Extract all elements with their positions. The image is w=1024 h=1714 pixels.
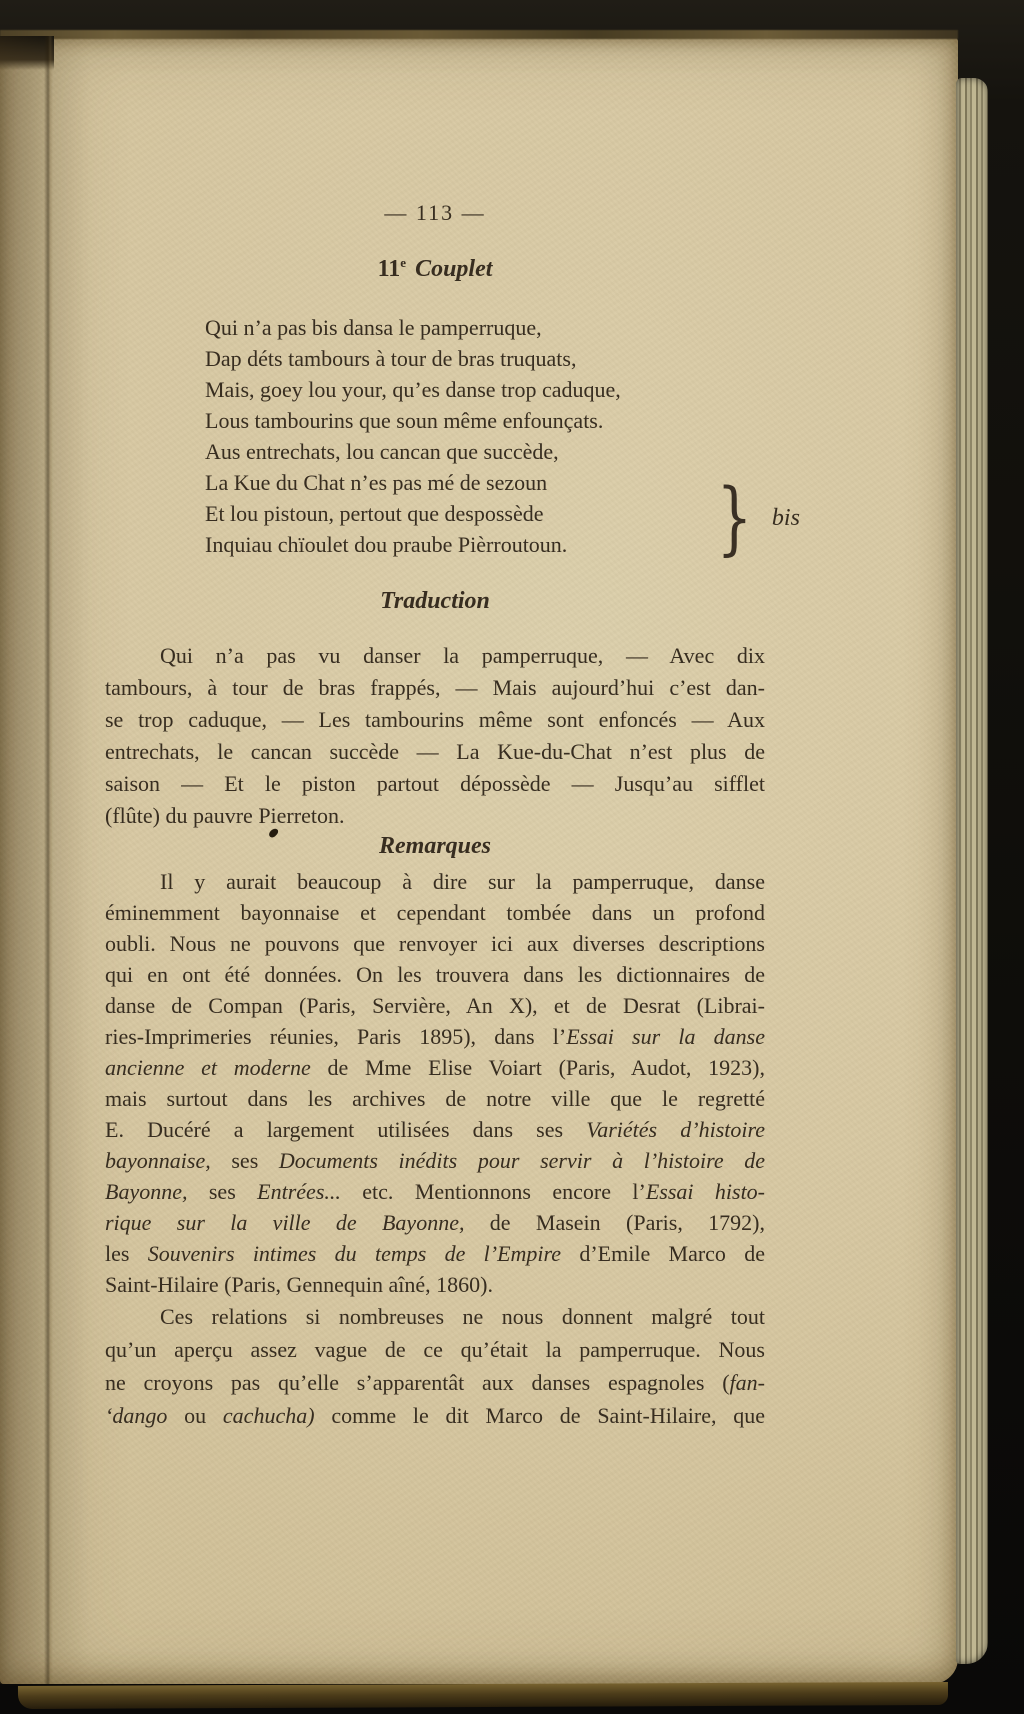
italic-text-segment: Souvenirs intimes du temps de l’Empire <box>148 1241 561 1266</box>
text-line: ancienne et moderne de Mme Elise Voiart … <box>105 1052 765 1083</box>
traduction-paragraph: Qui n’a pas vu danser la pamperruque, — … <box>105 640 765 832</box>
traduction-heading: Traduction <box>105 588 765 615</box>
remarques-paragraph-1: Il y aurait beaucoup à dire sur la pampe… <box>105 866 765 1300</box>
text-line: Aus entrechats, lou cancan que succède, <box>205 436 621 467</box>
text-line: mais surtout dans les archives de notre … <box>105 1083 765 1114</box>
text-segment: ses <box>211 1148 279 1173</box>
text-line: Ces relations si nombreuses ne nous donn… <box>105 1300 765 1333</box>
text-segment: d’Emile Marco de <box>561 1241 765 1266</box>
bis-repeat-mark: } bis <box>709 486 800 550</box>
gutter-crease <box>44 36 53 1684</box>
couplet-number: 11 <box>378 256 401 282</box>
text-segment: de Masein (Paris, 1792), <box>464 1210 765 1235</box>
text-segment: ne croyons pas qu’elle s’apparentât aux … <box>105 1370 730 1395</box>
text-line: E. Ducéré a largement utilisées dans ses… <box>105 1114 765 1145</box>
text-line: qui en ont été données. On les trouvera … <box>105 959 765 990</box>
text-segment: ses <box>187 1179 257 1204</box>
text-line: Inquiau chïoulet dou praube Pièrroutoun. <box>205 529 621 560</box>
italic-text-segment: Bayonne, <box>105 1179 187 1204</box>
text-line: Qui n’a pas bis dansa le pamperruque, <box>205 312 621 343</box>
couplet-ordinal-sup: e <box>400 255 406 270</box>
text-segment: ries-Imprimeries réunies, Paris 1895), d… <box>105 1024 566 1049</box>
italic-text-segment: rique sur la ville de Bayonne, <box>105 1210 464 1235</box>
text-segment: etc. Mentionnons encore l’ <box>341 1179 646 1204</box>
text-line: tambours, à tour de bras frappés, — Mais… <box>105 672 765 704</box>
text-line: Qui n’a pas vu danser la pamperruque, — … <box>105 640 765 672</box>
italic-text-segment: ancienne et moderne <box>105 1055 311 1080</box>
text-line: Lous tambourins que soun même enfounçats… <box>205 405 621 436</box>
text-segment: de Mme Elise Voiart (Paris, Audot, 1923)… <box>311 1055 765 1080</box>
text-line: les Souvenirs intimes du temps de l’Empi… <box>105 1238 765 1269</box>
italic-text-segment: Entrées... <box>257 1179 341 1204</box>
italic-text-segment: bayonnaise, <box>105 1148 211 1173</box>
text-line: rique sur la ville de Bayonne, de Masein… <box>105 1207 765 1238</box>
text-segment: ou <box>167 1403 223 1428</box>
text-line: Et lou pistoun, pertout que despossède <box>205 498 621 529</box>
couplet-word: Couplet <box>415 256 492 282</box>
remarques-heading: Remarques <box>105 833 765 860</box>
italic-text-segment: ‘dango <box>105 1403 167 1428</box>
text-line: entrechats, le cancan succède — La Kue-d… <box>105 736 765 768</box>
text-line: ries-Imprimeries réunies, Paris 1895), d… <box>105 1021 765 1052</box>
italic-text-segment: Variétés d’histoire <box>586 1117 765 1142</box>
text-column: — 113 — 11eCouplet Qui n’a pas bis dansa… <box>105 0 765 1714</box>
brace-icon: } <box>717 486 753 550</box>
text-line: se trop caduque, — Les tambourins même s… <box>105 704 765 736</box>
text-line: La Kue du Chat n’es pas mé de sezoun <box>205 467 621 498</box>
text-line: danse de Compan (Paris, Servière, An X),… <box>105 990 765 1021</box>
remarques-paragraph-2: Ces relations si nombreuses ne nous donn… <box>105 1300 765 1432</box>
text-line: oubli. Nous ne pouvons que renvoyer ici … <box>105 928 765 959</box>
book-scan: — 113 — 11eCouplet Qui n’a pas bis dansa… <box>0 0 1024 1714</box>
text-line: Dap déts tambours à tour de bras truquat… <box>205 343 621 374</box>
couplet-heading: 11eCouplet <box>105 255 765 283</box>
text-segment: les <box>105 1241 148 1266</box>
verse-block: Qui n’a pas bis dansa le pamperruque,Dap… <box>205 312 621 560</box>
italic-text-segment: cachucha) <box>223 1403 315 1428</box>
text-line: bayonnaise, ses Documents inédits pour s… <box>105 1145 765 1176</box>
italic-text-segment: Essai histo- <box>646 1179 765 1204</box>
text-segment: comme le dit Marco de Saint-Hilaire, que <box>315 1403 765 1428</box>
text-line: Bayonne, ses Entrées... etc. Mentionnons… <box>105 1176 765 1207</box>
text-line: Saint-Hilaire (Paris, Gennequin aîné, 18… <box>105 1269 765 1300</box>
page-edges-right <box>956 78 988 1664</box>
text-line: (flûte) du pauvre Pierreton. <box>105 800 765 832</box>
italic-text-segment: fan- <box>730 1370 765 1395</box>
bis-label: bis <box>772 505 800 532</box>
italic-text-segment: Essai sur la danse <box>566 1024 765 1049</box>
text-line: éminemment bayonnaise et cependant tombé… <box>105 897 765 928</box>
italic-text-segment: Documents inédits pour servir à l’histoi… <box>279 1148 765 1173</box>
text-line: qu’un aperçu assez vague de ce qu’était … <box>105 1333 765 1366</box>
page-number: — 113 — <box>105 200 765 226</box>
text-line: Il y aurait beaucoup à dire sur la pampe… <box>105 866 765 897</box>
text-line: Mais, goey lou your, qu’es danse trop ca… <box>205 374 621 405</box>
text-line: ne croyons pas qu’elle s’apparentât aux … <box>105 1366 765 1399</box>
text-segment: E. Ducéré a largement utilisées dans ses <box>105 1117 586 1142</box>
text-line: ‘dango ou cachucha) comme le dit Marco d… <box>105 1399 765 1432</box>
text-line: saison — Et le piston partout dépossède … <box>105 768 765 800</box>
